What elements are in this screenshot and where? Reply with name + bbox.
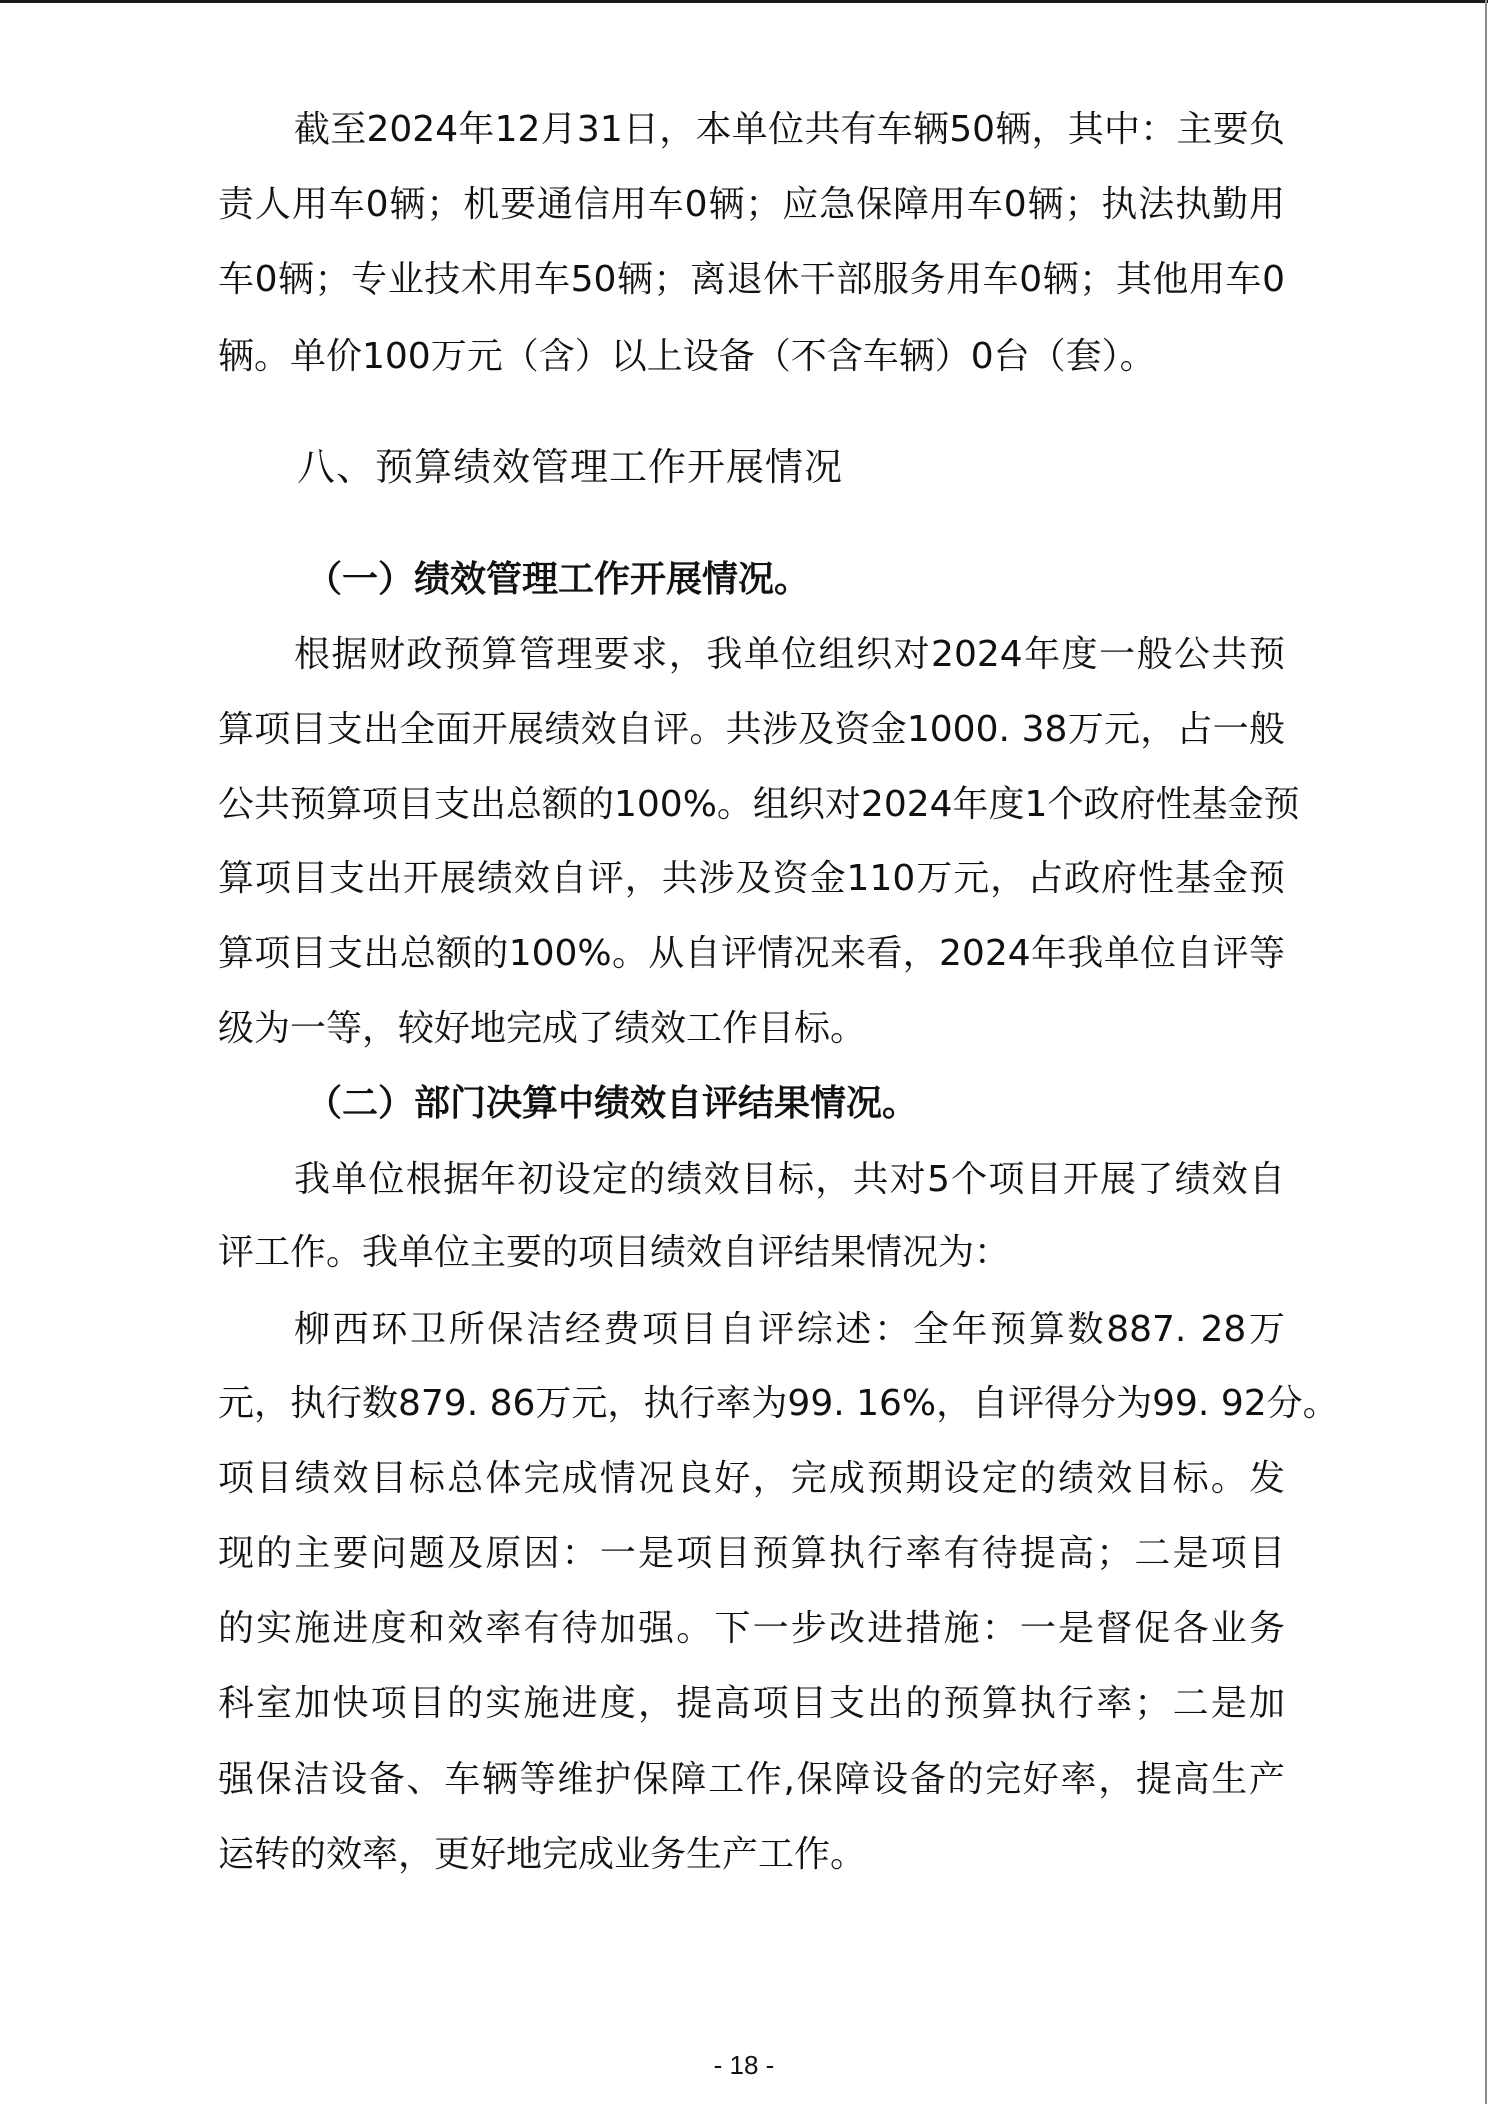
text-line: 元，执行数879. 86万元，执行率为99. 16%，自评得分为99. 92分。: [218, 1381, 1285, 1427]
text-line: 算项目支出开展绩效自评，共涉及资金110万元，占政府性基金预: [218, 856, 1285, 902]
text-line: 算项目支出总额的100%。从自评情况来看，2024年我单位自评等: [218, 931, 1285, 977]
document-page: 截至2024年12月31日，本单位共有车辆50辆，其中：主要负 责人用车0辆；机…: [0, 0, 1488, 2104]
text-line: 车0辆；专业技术用车50辆；离退休干部服务用车0辆；其他用车0: [218, 257, 1285, 303]
text-line: 责人用车0辆；机要通信用车0辆；应急保障用车0辆；执法执勤用: [218, 182, 1285, 228]
subsection-title: （一）绩效管理工作开展情况。: [306, 557, 810, 603]
text-line: 公共预算项目支出总额的100%。组织对2024年度1个政府性基金预: [218, 782, 1285, 828]
section-heading: 八、预算绩效管理工作开展情况: [297, 442, 843, 492]
text-line: 项目绩效目标总体完成情况良好，完成预期设定的绩效目标。发: [218, 1456, 1285, 1502]
page-number: - 18 -: [0, 2050, 1488, 2080]
page-top-border: [0, 0, 1488, 3]
page-right-border: [1485, 0, 1487, 2104]
text-line: 辆。单价100万元（含）以上设备（不含车辆）0台（套）。: [218, 334, 1285, 380]
text-line: 柳西环卫所保洁经费项目自评综述：全年预算数887. 28万: [294, 1307, 1285, 1353]
text-line: 的实施进度和效率有待加强。下一步改进措施：一是督促各业务: [218, 1606, 1285, 1652]
text-line: 现的主要问题及原因：一是项目预算执行率有待提高；二是项目: [218, 1531, 1285, 1577]
text-line: 级为一等，较好地完成了绩效工作目标。: [218, 1006, 1285, 1052]
subsection-title: （二）部门决算中绩效自评结果情况。: [306, 1081, 918, 1127]
text-line: 运转的效率，更好地完成业务生产工作。: [218, 1832, 1285, 1878]
text-line: 算项目支出全面开展绩效自评。共涉及资金1000. 38万元，占一般: [218, 707, 1285, 753]
text-line: 根据财政预算管理要求，我单位组织对2024年度一般公共预: [294, 632, 1285, 678]
text-line: 我单位根据年初设定的绩效目标，共对5个项目开展了绩效自: [294, 1157, 1285, 1203]
text-line: 强保洁设备、车辆等维护保障工作,保障设备的完好率，提高生产: [218, 1757, 1285, 1803]
text-line: 科室加快项目的实施进度，提高项目支出的预算执行率；二是加: [218, 1681, 1285, 1727]
text-line: 评工作。我单位主要的项目绩效自评结果情况为：: [218, 1230, 1285, 1276]
text-line: 截至2024年12月31日，本单位共有车辆50辆，其中：主要负: [294, 107, 1285, 153]
